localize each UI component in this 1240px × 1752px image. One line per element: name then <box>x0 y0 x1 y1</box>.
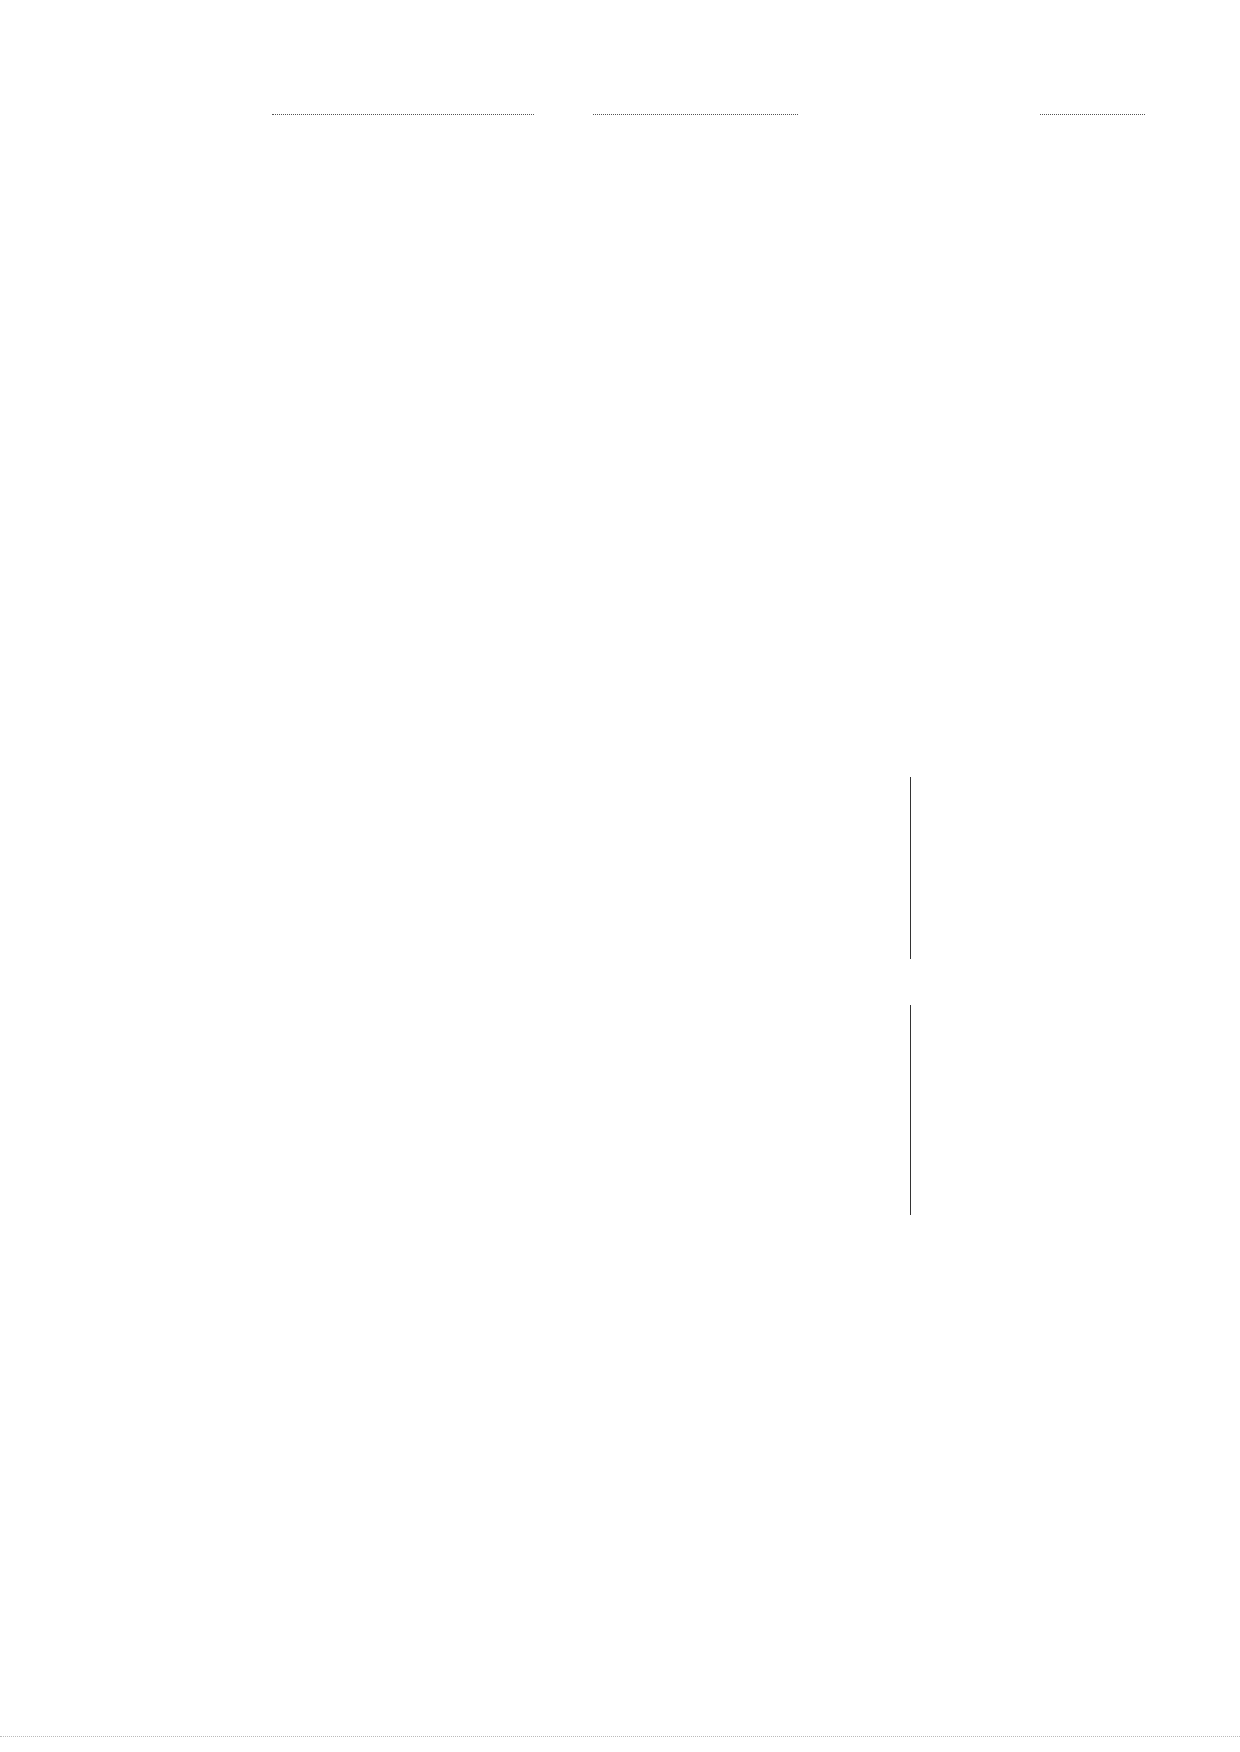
homologation-line <box>1040 114 1145 115</box>
column-divider <box>910 777 911 959</box>
typ-line <box>593 114 798 115</box>
column-divider-lower <box>910 1005 911 1215</box>
scan-edge <box>0 1736 1240 1737</box>
fabrikat-line <box>272 114 534 115</box>
